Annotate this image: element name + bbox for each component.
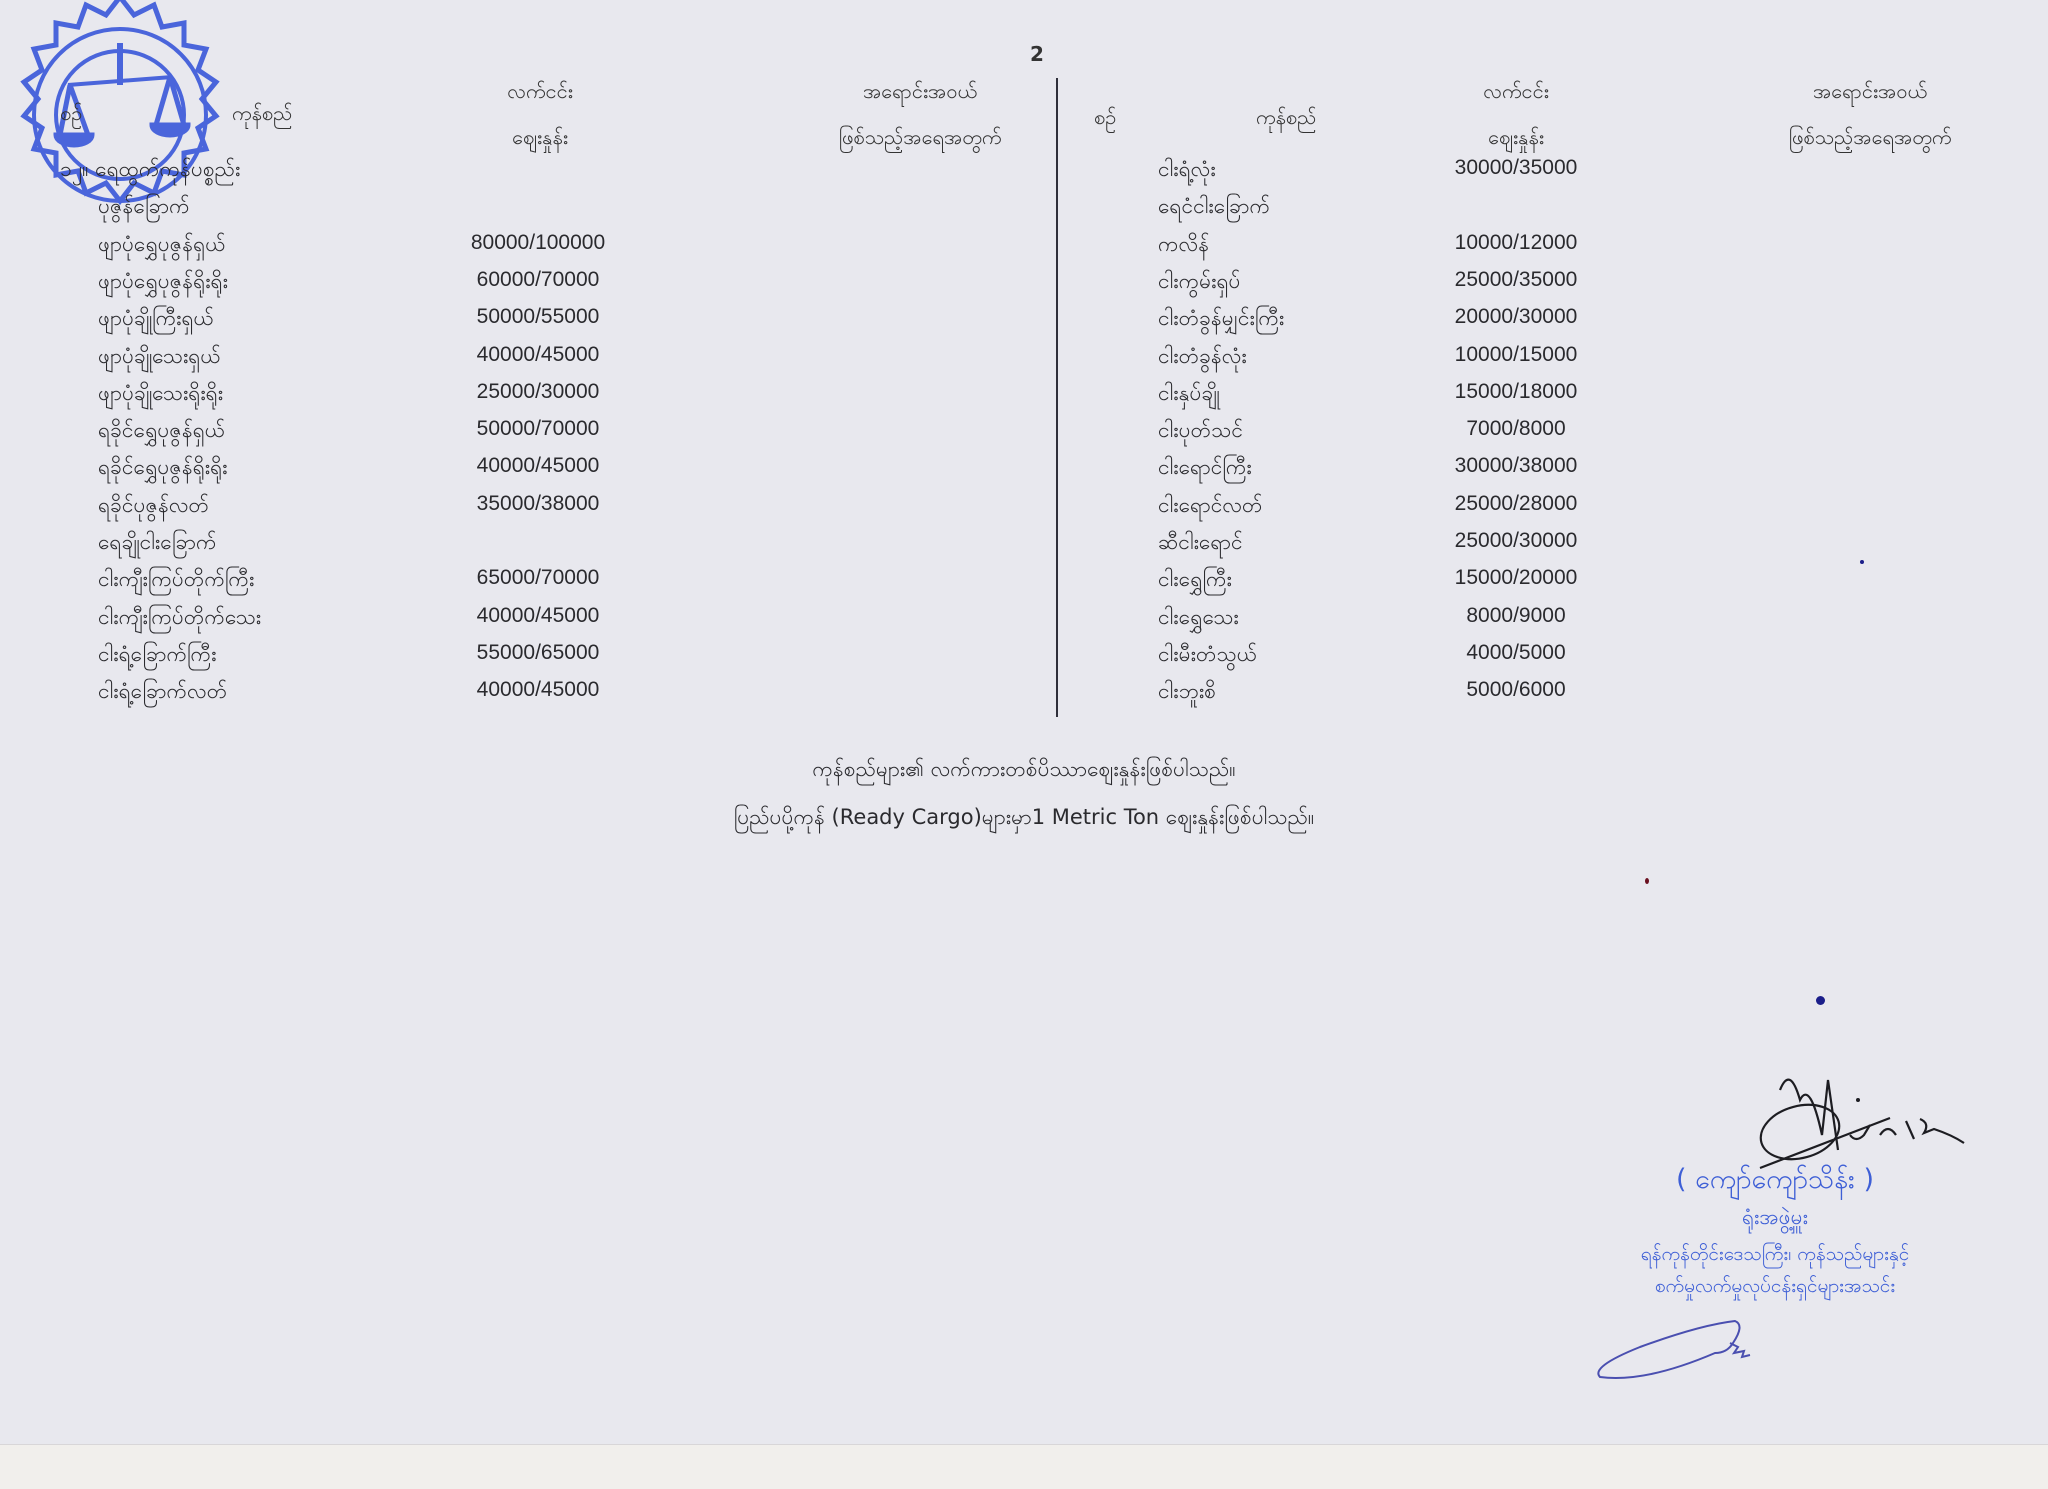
- item-price: 15000/18000: [1416, 380, 1616, 404]
- table-row: ငါးရောင်လတ်25000/28000: [0, 492, 2048, 529]
- item-price: 7000/8000: [1416, 417, 1616, 441]
- left-header-trade-line2: ဖြစ်သည့်အရေအတွက်: [800, 124, 1040, 154]
- item-name: ငါးပုတ်သင်: [1158, 417, 1243, 448]
- item-name: ငါးဘူးစိ: [1158, 678, 1216, 709]
- item-name: ငါးရောင်လတ်: [1158, 492, 1263, 523]
- item-price: 30000/38000: [1416, 454, 1616, 478]
- item-price: 4000/5000: [1416, 641, 1616, 665]
- item-name: ငါးတံခွန်မျှင်းကြီး: [1158, 305, 1284, 336]
- item-name: ဆီငါးရောင်: [1158, 529, 1243, 560]
- item-price: 20000/30000: [1416, 305, 1616, 329]
- ink-speck: [1860, 560, 1864, 564]
- item-price: 25000/28000: [1416, 492, 1616, 516]
- left-header-item: ကုန်စည်: [232, 100, 293, 130]
- item-name: ကလိန်: [1158, 231, 1209, 262]
- organization-line2: စက်မှုလက်မှုလုပ်ငန်းရှင်များအသင်း: [1585, 1274, 1965, 1302]
- item-name: ရေငံငါးခြောက်: [1158, 193, 1270, 224]
- item-name: ငါးနှပ်ချို: [1158, 380, 1220, 411]
- signatory-name: ( ကျော်ကျော်သိန်း ): [1600, 1162, 1950, 1202]
- item-price: 10000/12000: [1416, 231, 1616, 255]
- table-row: ငါးနှပ်ချို15000/18000: [0, 380, 2048, 417]
- item-price: 25000/35000: [1416, 268, 1616, 292]
- footnote-ready-cargo: ပြည်ပပို့ကုန် (Ready Cargo)များမှာ1 Metr…: [0, 804, 2048, 835]
- right-header-price-line2: ဈေးနှုန်း: [1446, 124, 1586, 154]
- table-row: ငါးရံ့လုံး30000/35000: [0, 156, 2048, 193]
- item-name: ငါးမီးတံသွယ်: [1158, 641, 1257, 672]
- table-row: ရေငံငါးခြောက်: [0, 193, 2048, 230]
- right-header-trade-line1: အရောင်းအဝယ်: [1750, 78, 1990, 108]
- item-price: 15000/20000: [1416, 566, 1616, 590]
- left-header-price-line1: လက်ငင်း: [470, 78, 610, 108]
- table-row: ငါးတံခွန်လုံး10000/15000: [0, 343, 2048, 380]
- item-price: 10000/15000: [1416, 343, 1616, 367]
- ink-speck: [1645, 878, 1649, 884]
- item-name: ငါးကွမ်းရှပ်: [1158, 268, 1241, 299]
- left-header-no: စဉ်: [60, 100, 82, 130]
- table-row: ငါးကွမ်းရှပ်25000/35000: [0, 268, 2048, 305]
- item-price: 25000/30000: [1416, 529, 1616, 553]
- right-header-price-line1: လက်ငင်း: [1446, 78, 1586, 108]
- item-name: ငါးရွှေသေး: [1158, 604, 1239, 635]
- table-row: ငါးရွှေသေး8000/9000: [0, 604, 2048, 641]
- item-name: ငါးရောင်ကြီး: [1158, 454, 1252, 485]
- organization-line1: ရန်ကုန်တိုင်းဒေသကြီး၊ ကုန်သည်များနှင့်: [1585, 1242, 1965, 1270]
- right-header-item: ကုန်စည်: [1256, 104, 1317, 134]
- item-name: ငါးရံ့လုံး: [1158, 156, 1216, 187]
- signatory-title: ရုံးအဖွဲ့မှူး: [1600, 1204, 1950, 1235]
- table-row: ငါးတံခွန်မျှင်းကြီး20000/30000: [0, 305, 2048, 342]
- item-name: ငါးတံခွန်လုံး: [1158, 343, 1247, 374]
- table-row: ငါးပုတ်သင်7000/8000: [0, 417, 2048, 454]
- page-number: 2: [1030, 42, 1044, 66]
- table-row: ငါးမီးတံသွယ်4000/5000: [0, 641, 2048, 678]
- left-header-trade-line1: အရောင်းအဝယ်: [800, 78, 1040, 108]
- left-header-price-line2: ဈေးနှုန်း: [470, 124, 610, 154]
- scanner-bed-edge: [0, 1444, 2048, 1489]
- table-row: ဆီငါးရောင်25000/30000: [0, 529, 2048, 566]
- table-row: ငါးဘူးစိ5000/6000: [0, 678, 2048, 715]
- table-row: ကလိန်10000/12000: [0, 231, 2048, 268]
- item-price: 30000/35000: [1416, 156, 1616, 180]
- right-header-no: စဉ်: [1094, 104, 1116, 134]
- table-row: ငါးရွှေကြီး15000/20000: [0, 566, 2048, 603]
- ink-speck: [1816, 996, 1825, 1005]
- initials-scribble-icon: [1590, 1305, 1770, 1385]
- footnote-wholesale: ကုန်စည်များ၏ လက်ကားတစ်ပိဿာဈေးနှုန်းဖြစ်ပ…: [0, 756, 2048, 787]
- item-price: 8000/9000: [1416, 604, 1616, 628]
- item-price: 5000/6000: [1416, 678, 1616, 702]
- right-header-trade-line2: ဖြစ်သည့်အရေအတွက်: [1750, 124, 1990, 154]
- item-name: ငါးရွှေကြီး: [1158, 566, 1232, 597]
- table-row: ငါးရောင်ကြီး30000/38000: [0, 454, 2048, 491]
